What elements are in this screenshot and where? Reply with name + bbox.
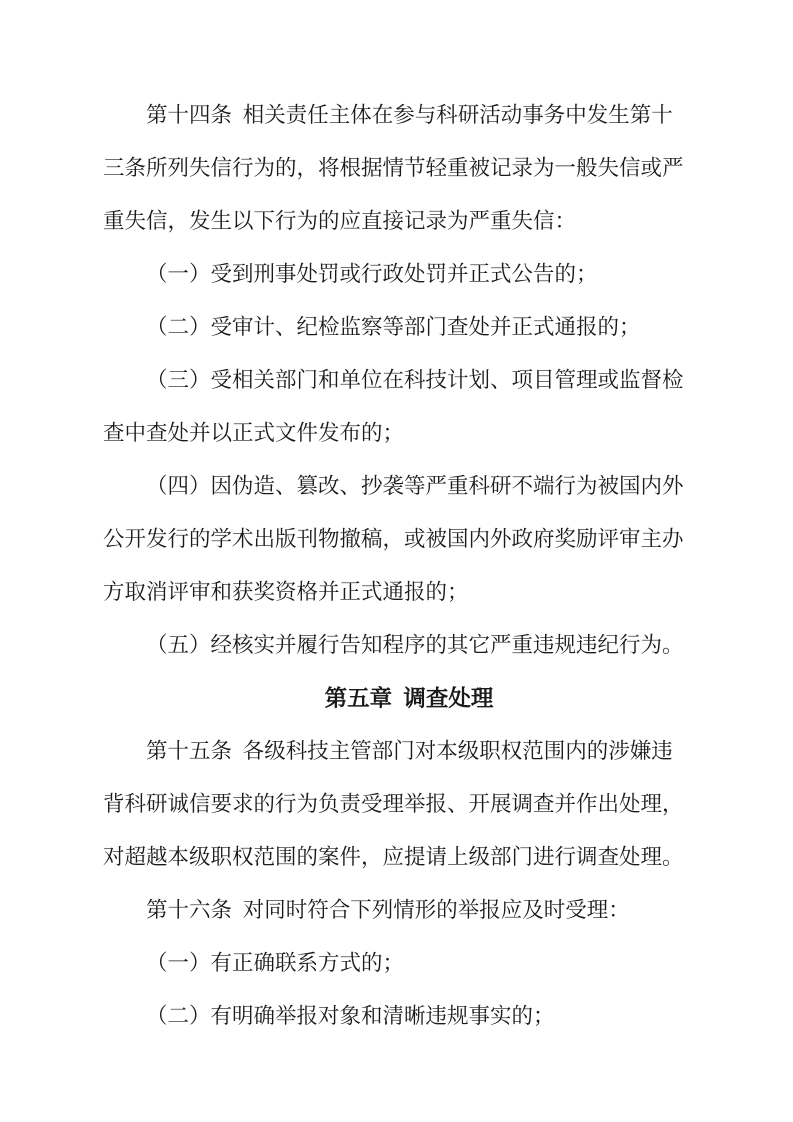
article-16-clause-1: （一）有正确联系方式的； [103,937,743,990]
article-14-clause-1: （一）受到刑事处罚或行政处罚并正式公告的； [103,248,743,301]
article-14-clause-4: （四）因伪造、篡改、抄袭等严重科研不端行为被国内外 公开发行的学术出版刊物撤稿，… [103,460,743,619]
article-14-clause-3: （三）受相关部门和单位在科技计划、项目管理或监督检 查中查处并以正式文件发布的； [103,354,743,460]
paragraph-article-16: 第十六条 对同时符合下列情形的举报应及时受理： [103,884,743,937]
chapter-5-heading: 第五章 调查处理 [103,672,689,725]
article-16-clause-2: （二）有明确举报对象和清晰违规事实的； [103,990,743,1043]
paragraph-article-15: 第十五条 各级科技主管部门对本级职权范围内的涉嫌违 背科研诚信要求的行为负责受理… [103,725,743,884]
document-text-block: 第十四条 相关责任主体在参与科研活动事务中发生第十 三条所列失信行为的，将根据情… [103,89,743,1043]
article-14-clause-2: （二）受审计、纪检监察等部门查处并正式通报的； [103,301,743,354]
document-page: 第十四条 相关责任主体在参与科研活动事务中发生第十 三条所列失信行为的，将根据情… [0,0,793,1122]
article-14-clause-5: （五）经核实并履行告知程序的其它严重违规违纪行为。 [103,619,743,672]
paragraph-article-14: 第十四条 相关责任主体在参与科研活动事务中发生第十 三条所列失信行为的，将根据情… [103,89,743,248]
